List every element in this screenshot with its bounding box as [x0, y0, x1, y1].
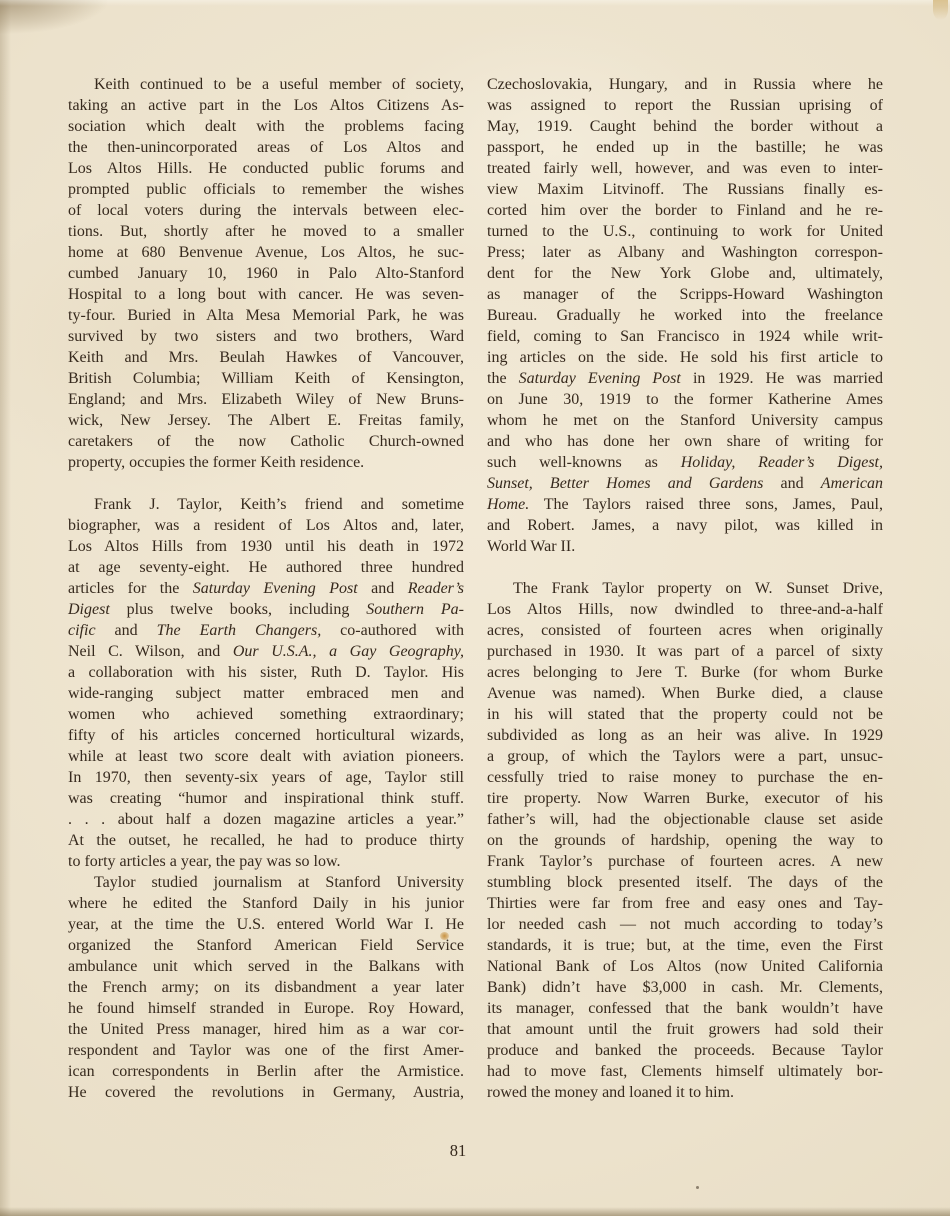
text-line: Avenue was named). When Burke died, a cl…: [487, 683, 883, 704]
text-run: At the outset, he recalled, he had to pr…: [68, 832, 464, 849]
text-run: as manager of the Scripps-Howard Washing…: [487, 286, 883, 303]
italic-title: Digest: [68, 601, 110, 618]
text-line: he found himself stranded in Europe. Roy…: [68, 998, 464, 1019]
text-line: was creating “humor and inspirational th…: [68, 788, 464, 809]
text-run: its manager, confessed that the bank wou…: [487, 1000, 883, 1017]
text-run: that amount until the fruit growers had …: [487, 1021, 883, 1038]
text-run: Press; later as Albany and Washington co…: [487, 244, 883, 261]
text-run: while at least two score dealt with avia…: [68, 748, 464, 765]
text-line: wide-ranging subject matter embraced men…: [68, 683, 464, 704]
text-run: ican correspondents in Berlin after the …: [68, 1063, 464, 1080]
text-run: plus twelve books, including: [110, 601, 366, 618]
text-run: Los Altos Hills from 1930 until his deat…: [68, 538, 464, 555]
text-run: was assigned to report the Russian upris…: [487, 97, 883, 114]
text-line: ican correspondents in Berlin after the …: [68, 1061, 464, 1082]
text-run: tire property. Now Warren Burke, executo…: [487, 790, 883, 807]
text-run: father’s will, had the objectionable cla…: [487, 811, 883, 828]
text-line: whom he met on the Stanford University c…: [487, 410, 883, 431]
text-line: Keith continued to be a useful member of…: [68, 74, 464, 95]
text-run: Hospital to a long bout with cancer. He …: [68, 286, 464, 303]
text-line: The Frank Taylor property on W. Sunset D…: [487, 578, 883, 599]
top-edge-highlight: [0, 0, 950, 6]
text-line: passport, he ended up in the bastille; h…: [487, 137, 883, 158]
text-run: ambulance unit which served in the Balka…: [68, 958, 464, 975]
text-run: fifty of his articles concerned horticul…: [68, 727, 464, 744]
text-run: taking an active part in the Los Altos C…: [68, 97, 464, 114]
text-run: Czechoslovakia, Hungary, and in Russia w…: [487, 76, 883, 93]
paragraph: Czechoslovakia, Hungary, and in Russia w…: [487, 74, 883, 557]
text-line: dent for the New York Globe and, ultimat…: [487, 263, 883, 284]
text-line: articles for the Saturday Evening Post a…: [68, 578, 464, 599]
text-run: women who achieved something extraordina…: [68, 706, 464, 723]
italic-title: Saturday Evening Post: [519, 370, 681, 387]
text-run: had to move fast, Clements himself ultim…: [487, 1063, 883, 1080]
text-run: field, coming to San Francisco in 1924 w…: [487, 328, 883, 345]
text-run: British Columbia; William Keith of Kensi…: [68, 370, 464, 387]
italic-title: Southern Pa-: [366, 601, 464, 618]
text-line: and Robert. James, a navy pilot, was kil…: [487, 515, 883, 536]
text-run: turned to the U.S., continuing to work f…: [487, 223, 883, 240]
text-run: Los Altos Hills. He conducted public for…: [68, 160, 464, 177]
italic-title: Our U.S.A., a Gay Geography,: [233, 643, 464, 660]
text-run: standards, it is true; but, at the time,…: [487, 937, 883, 954]
text-run: and: [763, 475, 820, 492]
text-line: home at 680 Benvenue Avenue, Los Altos, …: [68, 242, 464, 263]
paragraph: The Frank Taylor property on W. Sunset D…: [487, 578, 883, 1103]
text-run: England; and Mrs. Elizabeth Wiley of New…: [68, 391, 464, 408]
text-run: at age seventy-eight. He authored three …: [68, 559, 464, 576]
text-line: and who has done her own share of writin…: [487, 431, 883, 452]
text-run: passport, he ended up in the bastille; h…: [487, 139, 883, 156]
text-line: treated fairly well, however, and was ev…: [487, 158, 883, 179]
text-line: standards, it is true; but, at the time,…: [487, 935, 883, 956]
text-line: a group, of which the Taylors were a par…: [487, 746, 883, 767]
text-line: . . . about half a dozen magazine articl…: [68, 809, 464, 830]
text-line: World War II.: [487, 536, 883, 557]
italic-title: The Earth Changers,: [157, 622, 322, 639]
text-line: at age seventy-eight. He authored three …: [68, 557, 464, 578]
text-run: In 1970, then seventy-six years of age, …: [68, 769, 464, 786]
text-line: on June 30, 1919 to the former Katherine…: [487, 389, 883, 410]
text-run: and who has done her own share of writin…: [487, 433, 883, 450]
text-line: property, occupies the former Keith resi…: [68, 452, 464, 473]
text-run: Avenue was named). When Burke died, a cl…: [487, 685, 883, 702]
paper-stain: [440, 932, 449, 940]
text-run: May, 1919. Caught behind the border with…: [487, 118, 883, 135]
text-line: a collaboration with his sister, Ruth D.…: [68, 662, 464, 683]
text-run: The Frank Taylor property on W. Sunset D…: [513, 580, 883, 597]
text-line: corted him over the border to Finland an…: [487, 200, 883, 221]
text-run: the then-unincorporated areas of Los Alt…: [68, 139, 464, 156]
text-run: co-authored with: [321, 622, 464, 639]
text-line: taking an active part in the Los Altos C…: [68, 95, 464, 116]
paragraph: Taylor studied journalism at Stanford Un…: [68, 872, 464, 1103]
text-line: survived by two sisters and two brothers…: [68, 326, 464, 347]
text-line: produce and banked the proceeds. Because…: [487, 1040, 883, 1061]
text-run: survived by two sisters and two brothers…: [68, 328, 464, 345]
text-line: the United Press manager, hired him as a…: [68, 1019, 464, 1040]
text-line: Thirties were far from free and easy one…: [487, 893, 883, 914]
text-run: wick, New Jersey. The Albert E. Freitas …: [68, 412, 464, 429]
paper-speck: [696, 1186, 699, 1189]
text-run: purchased in 1930. It was part of a parc…: [487, 643, 883, 660]
text-run: cumbed January 10, 1960 in Palo Alto-Sta…: [68, 265, 464, 282]
text-line: where he edited the Stanford Daily in hi…: [68, 893, 464, 914]
text-run: subdivided as long as an heir was alive.…: [487, 727, 883, 744]
text-line: Frank J. Taylor, Keith’s friend and some…: [68, 494, 464, 515]
text-line: its manager, confessed that the bank wou…: [487, 998, 883, 1019]
text-line: fifty of his articles concerned horticul…: [68, 725, 464, 746]
text-run: treated fairly well, however, and was ev…: [487, 160, 883, 177]
text-line: year, at the time the U.S. entered World…: [68, 914, 464, 935]
italic-title: cific: [68, 622, 96, 639]
text-line: cific and The Earth Changers, co-authore…: [68, 620, 464, 641]
text-run: caretakers of the now Catholic Church-ow…: [68, 433, 464, 450]
text-line: British Columbia; William Keith of Kensi…: [68, 368, 464, 389]
text-run: Keith continued to be a useful member of…: [94, 76, 464, 93]
text-line: had to move fast, Clements himself ultim…: [487, 1061, 883, 1082]
italic-title: Reader’s: [408, 580, 464, 597]
text-line: At the outset, he recalled, he had to pr…: [68, 830, 464, 851]
text-line: biographer, was a resident of Los Altos …: [68, 515, 464, 536]
text-run: sociation which dealt with the problems …: [68, 118, 464, 135]
text-run: the United Press manager, hired him as a…: [68, 1021, 464, 1038]
text-line: view Maxim Litvinoff. The Russians final…: [487, 179, 883, 200]
text-line: cumbed January 10, 1960 in Palo Alto-Sta…: [68, 263, 464, 284]
text-column-left: Keith continued to be a useful member of…: [68, 74, 464, 1103]
text-run: He covered the revolutions in Germany, A…: [68, 1084, 464, 1101]
text-run: such well-knowns as: [487, 454, 681, 471]
page-number: 81: [0, 1141, 916, 1161]
italic-title: Holiday, Reader’s Digest,: [681, 454, 883, 471]
text-line: the then-unincorporated areas of Los Alt…: [68, 137, 464, 158]
text-run: Bureau. Gradually he worked into the fre…: [487, 307, 883, 324]
text-line: turned to the U.S., continuing to work f…: [487, 221, 883, 242]
text-run: home at 680 Benvenue Avenue, Los Altos, …: [68, 244, 464, 261]
left-edge-shadow: [0, 0, 11, 1216]
text-line: Los Altos Hills. He conducted public for…: [68, 158, 464, 179]
text-run: the: [487, 370, 519, 387]
text-line: Los Altos Hills, now dwindled to three-a…: [487, 599, 883, 620]
text-line: acres belonging to Jere T. Burke (for wh…: [487, 662, 883, 683]
text-line: Bank) didn’t have $3,000 in cash. Mr. Cl…: [487, 977, 883, 998]
text-line: May, 1919. Caught behind the border with…: [487, 116, 883, 137]
text-run: Thirties were far from free and easy one…: [487, 895, 883, 912]
text-run: on June 30, 1919 to the former Katherine…: [487, 391, 883, 408]
text-run: dent for the New York Globe and, ultimat…: [487, 265, 883, 282]
text-run: World War II.: [487, 538, 575, 555]
text-run: produce and banked the proceeds. Because…: [487, 1042, 883, 1059]
text-run: view Maxim Litvinoff. The Russians final…: [487, 181, 883, 198]
text-run: of local voters during the intervals bet…: [68, 202, 464, 219]
text-line: prompted public officials to remember th…: [68, 179, 464, 200]
text-run: in 1929. He was married: [681, 370, 883, 387]
text-line: as manager of the Scripps-Howard Washing…: [487, 284, 883, 305]
text-run: Los Altos Hills, now dwindled to three-a…: [487, 601, 883, 618]
text-line: ambulance unit which served in the Balka…: [68, 956, 464, 977]
text-line: Sunset, Better Homes and Gardens and Ame…: [487, 473, 883, 494]
text-line: was assigned to report the Russian upris…: [487, 95, 883, 116]
text-line: sociation which dealt with the problems …: [68, 116, 464, 137]
text-run: ty-four. Buried in Alta Mesa Memorial Pa…: [68, 307, 464, 324]
text-run: wide-ranging subject matter embraced men…: [68, 685, 464, 702]
paragraph: Keith continued to be a useful member of…: [68, 74, 464, 473]
text-line: Hospital to a long bout with cancer. He …: [68, 284, 464, 305]
paragraph: Frank J. Taylor, Keith’s friend and some…: [68, 494, 464, 872]
text-column-right: Czechoslovakia, Hungary, and in Russia w…: [487, 74, 883, 1103]
text-run: was creating “humor and inspirational th…: [68, 790, 464, 807]
text-run: . . . about half a dozen magazine articl…: [68, 811, 464, 828]
text-run: The Taylors raised three sons, James, Pa…: [529, 496, 883, 513]
text-run: acres belonging to Jere T. Burke (for wh…: [487, 664, 883, 681]
text-line: field, coming to San Francisco in 1924 w…: [487, 326, 883, 347]
text-run: prompted public officials to remember th…: [68, 181, 464, 198]
text-line: tire property. Now Warren Burke, executo…: [487, 788, 883, 809]
text-run: where he edited the Stanford Daily in hi…: [68, 895, 464, 912]
text-run: tions. But, shortly after he moved to a …: [68, 223, 464, 240]
text-line: of local voters during the intervals bet…: [68, 200, 464, 221]
text-line: Frank Taylor’s purchase of fourteen acre…: [487, 851, 883, 872]
text-line: lor needed cash — not much according to …: [487, 914, 883, 935]
text-run: ing articles on the side. He sold his fi…: [487, 349, 883, 366]
text-run: in his will stated that the property cou…: [487, 706, 883, 723]
text-run: property, occupies the former Keith resi…: [68, 454, 364, 471]
text-line: such well-knowns as Holiday, Reader’s Di…: [487, 452, 883, 473]
text-line: Neil C. Wilson, and Our U.S.A., a Gay Ge…: [68, 641, 464, 662]
text-line: Digest plus twelve books, including Sout…: [68, 599, 464, 620]
text-line: rowed the money and loaned it to him.: [487, 1082, 883, 1103]
text-run: Neil C. Wilson, and: [68, 643, 233, 660]
text-run: Taylor studied journalism at Stanford Un…: [94, 874, 464, 891]
text-run: corted him over the border to Finland an…: [487, 202, 883, 219]
text-line: to forty articles a year, the pay was so…: [68, 851, 464, 872]
text-line: Los Altos Hills from 1930 until his deat…: [68, 536, 464, 557]
italic-title: American: [821, 475, 883, 492]
text-run: National Bank of Los Altos (now United C…: [487, 958, 883, 975]
text-line: caretakers of the now Catholic Church-ow…: [68, 431, 464, 452]
text-line: Taylor studied journalism at Stanford Un…: [68, 872, 464, 893]
italic-title: Home.: [487, 496, 529, 513]
text-line: England; and Mrs. Elizabeth Wiley of New…: [68, 389, 464, 410]
text-line: National Bank of Los Altos (now United C…: [487, 956, 883, 977]
text-line: organized the Stanford American Field Se…: [68, 935, 464, 956]
text-line: tions. But, shortly after he moved to a …: [68, 221, 464, 242]
text-line: while at least two score dealt with avia…: [68, 746, 464, 767]
text-line: the Saturday Evening Post in 1929. He wa…: [487, 368, 883, 389]
text-run: stumbling block presented itself. The da…: [487, 874, 883, 891]
text-line: Home. The Taylors raised three sons, Jam…: [487, 494, 883, 515]
text-run: a collaboration with his sister, Ruth D.…: [68, 664, 464, 681]
text-run: organized the Stanford American Field Se…: [68, 937, 464, 954]
text-line: Keith and Mrs. Beulah Hawkes of Vancouve…: [68, 347, 464, 368]
text-run: and Robert. James, a navy pilot, was kil…: [487, 517, 883, 534]
text-line: He covered the revolutions in Germany, A…: [68, 1082, 464, 1103]
text-line: ing articles on the side. He sold his fi…: [487, 347, 883, 368]
text-run: Keith and Mrs. Beulah Hawkes of Vancouve…: [68, 349, 464, 366]
text-run: the French army; on its disbandment a ye…: [68, 979, 464, 996]
text-run: articles for the: [68, 580, 193, 597]
bottom-edge-shadow: [0, 1207, 950, 1216]
italic-title: Sunset, Better Homes and Gardens: [487, 475, 763, 492]
text-run: a group, of which the Taylors were a par…: [487, 748, 883, 765]
text-line: father’s will, had the objectionable cla…: [487, 809, 883, 830]
text-line: that amount until the fruit growers had …: [487, 1019, 883, 1040]
text-run: and: [96, 622, 157, 639]
text-run: respondent and Taylor was one of the fir…: [68, 1042, 464, 1059]
text-line: wick, New Jersey. The Albert E. Freitas …: [68, 410, 464, 431]
text-run: Bank) didn’t have $3,000 in cash. Mr. Cl…: [487, 979, 883, 996]
text-run: acres, consisted of fourteen acres when …: [487, 622, 883, 639]
text-line: In 1970, then seventy-six years of age, …: [68, 767, 464, 788]
text-line: Press; later as Albany and Washington co…: [487, 242, 883, 263]
text-run: whom he met on the Stanford University c…: [487, 412, 883, 429]
text-line: purchased in 1930. It was part of a parc…: [487, 641, 883, 662]
scanned-book-page: Keith continued to be a useful member of…: [0, 0, 950, 1216]
italic-title: Saturday Evening Post: [193, 580, 358, 597]
text-line: women who achieved something extraordina…: [68, 704, 464, 725]
text-line: in his will stated that the property cou…: [487, 704, 883, 725]
text-line: the French army; on its disbandment a ye…: [68, 977, 464, 998]
text-run: year, at the time the U.S. entered World…: [68, 916, 464, 933]
text-line: cessfully tried to raise money to purcha…: [487, 767, 883, 788]
top-right-stain: [933, 0, 948, 20]
text-run: Frank Taylor’s purchase of fourteen acre…: [487, 853, 883, 870]
text-run: on the grounds of hardship, opening the …: [487, 832, 883, 849]
text-line: respondent and Taylor was one of the fir…: [68, 1040, 464, 1061]
text-run: to forty articles a year, the pay was so…: [68, 853, 340, 870]
text-run: he found himself stranded in Europe. Roy…: [68, 1000, 464, 1017]
text-run: biographer, was a resident of Los Altos …: [68, 517, 464, 534]
text-run: Frank J. Taylor, Keith’s friend and some…: [94, 496, 464, 513]
text-line: ty-four. Buried in Alta Mesa Memorial Pa…: [68, 305, 464, 326]
text-line: Czechoslovakia, Hungary, and in Russia w…: [487, 74, 883, 95]
text-run: cessfully tried to raise money to purcha…: [487, 769, 883, 786]
text-run: lor needed cash — not much according to …: [487, 916, 883, 933]
text-line: on the grounds of hardship, opening the …: [487, 830, 883, 851]
text-run: rowed the money and loaned it to him.: [487, 1084, 734, 1101]
text-line: acres, consisted of fourteen acres when …: [487, 620, 883, 641]
text-run: and: [358, 580, 408, 597]
text-line: subdivided as long as an heir was alive.…: [487, 725, 883, 746]
text-line: stumbling block presented itself. The da…: [487, 872, 883, 893]
text-line: Bureau. Gradually he worked into the fre…: [487, 305, 883, 326]
